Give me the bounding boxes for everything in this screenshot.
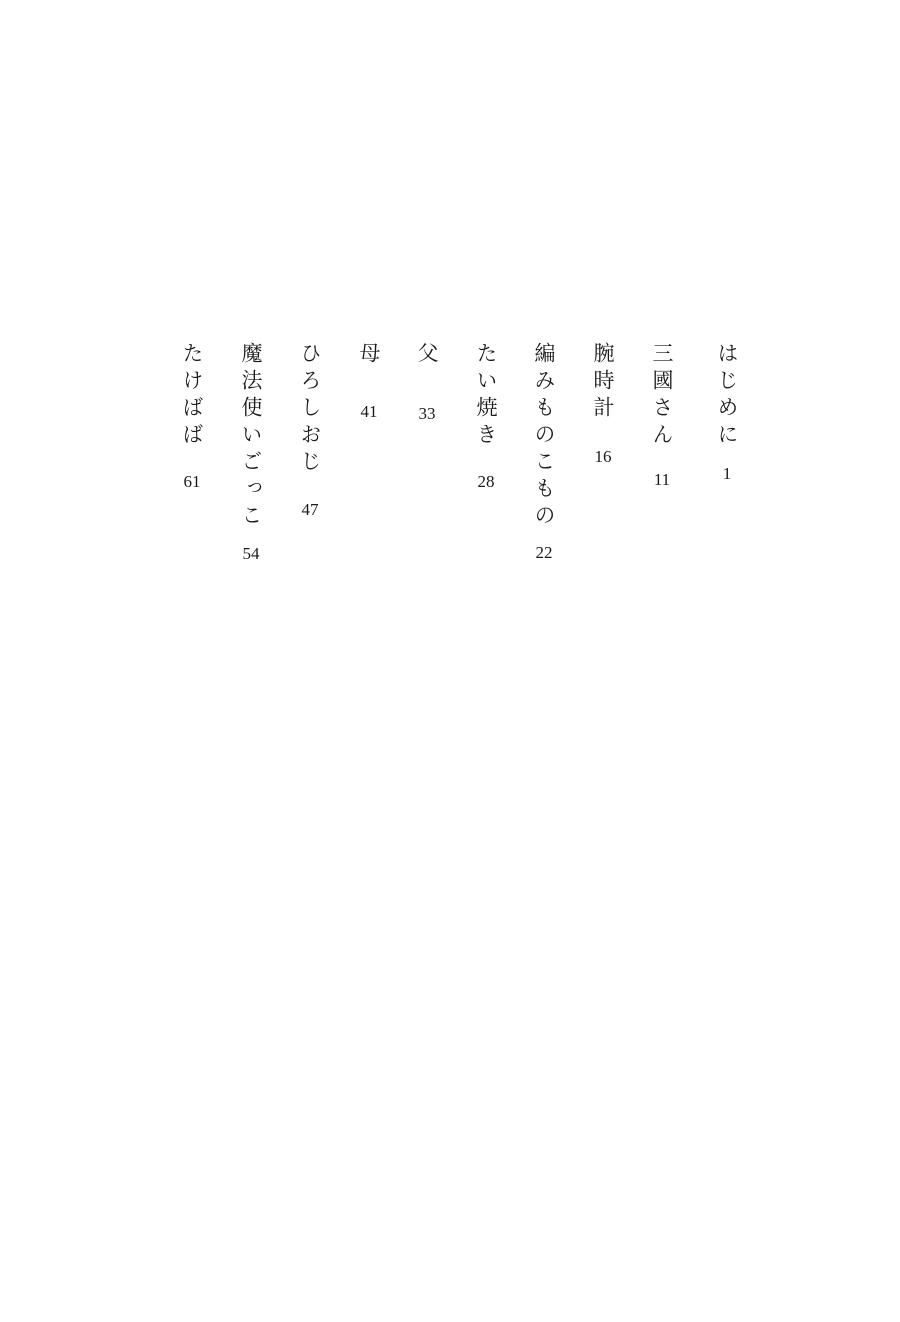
- toc-title: たい焼き: [471, 342, 501, 450]
- toc-title: はじめに: [712, 342, 742, 450]
- toc-page-number: 54: [236, 544, 266, 564]
- toc-entry-mikuni-san[interactable]: 三國さん 11: [647, 342, 677, 450]
- toc-page-number: 22: [529, 543, 559, 563]
- toc-page-number: 33: [412, 404, 442, 424]
- toc-page-number: 61: [177, 472, 207, 492]
- toc-page-number: 11: [647, 470, 677, 490]
- toc-page-number: 28: [471, 472, 501, 492]
- toc-entry-haha[interactable]: 母 41: [354, 342, 384, 369]
- toc-entry-taiyaki[interactable]: たい焼き 28: [471, 342, 501, 450]
- toc-entry-takebaba[interactable]: たけばば 61: [177, 342, 207, 450]
- toc-entry-chichi[interactable]: 父 33: [412, 342, 442, 369]
- toc-page-number: 47: [295, 500, 325, 520]
- toc-page-number: 41: [354, 402, 384, 422]
- toc-title: 三國さん: [647, 342, 677, 450]
- toc-page-number: 16: [588, 447, 618, 467]
- toc-entry-mahoutsukai-gokko[interactable]: 魔法使いごっこ 54: [236, 342, 266, 531]
- toc-title: 魔法使いごっこ: [236, 342, 266, 531]
- toc-title: ひろしおじ: [295, 342, 325, 477]
- toc-title: 腕時計: [588, 342, 618, 423]
- toc-title: 父: [412, 342, 442, 369]
- toc-page-number: 1: [712, 464, 742, 484]
- toc-entry-udedokei[interactable]: 腕時計 16: [588, 342, 618, 423]
- toc-entry-hajimeni[interactable]: はじめに 1: [712, 342, 742, 450]
- toc-entry-hiroshi-oji[interactable]: ひろしおじ 47: [295, 342, 325, 477]
- toc-entry-amimono-komono[interactable]: 編みものこもの 22: [529, 342, 559, 531]
- toc-title: 母: [354, 342, 384, 369]
- toc-title: 編みものこもの: [529, 342, 559, 531]
- toc-title: たけばば: [177, 342, 207, 450]
